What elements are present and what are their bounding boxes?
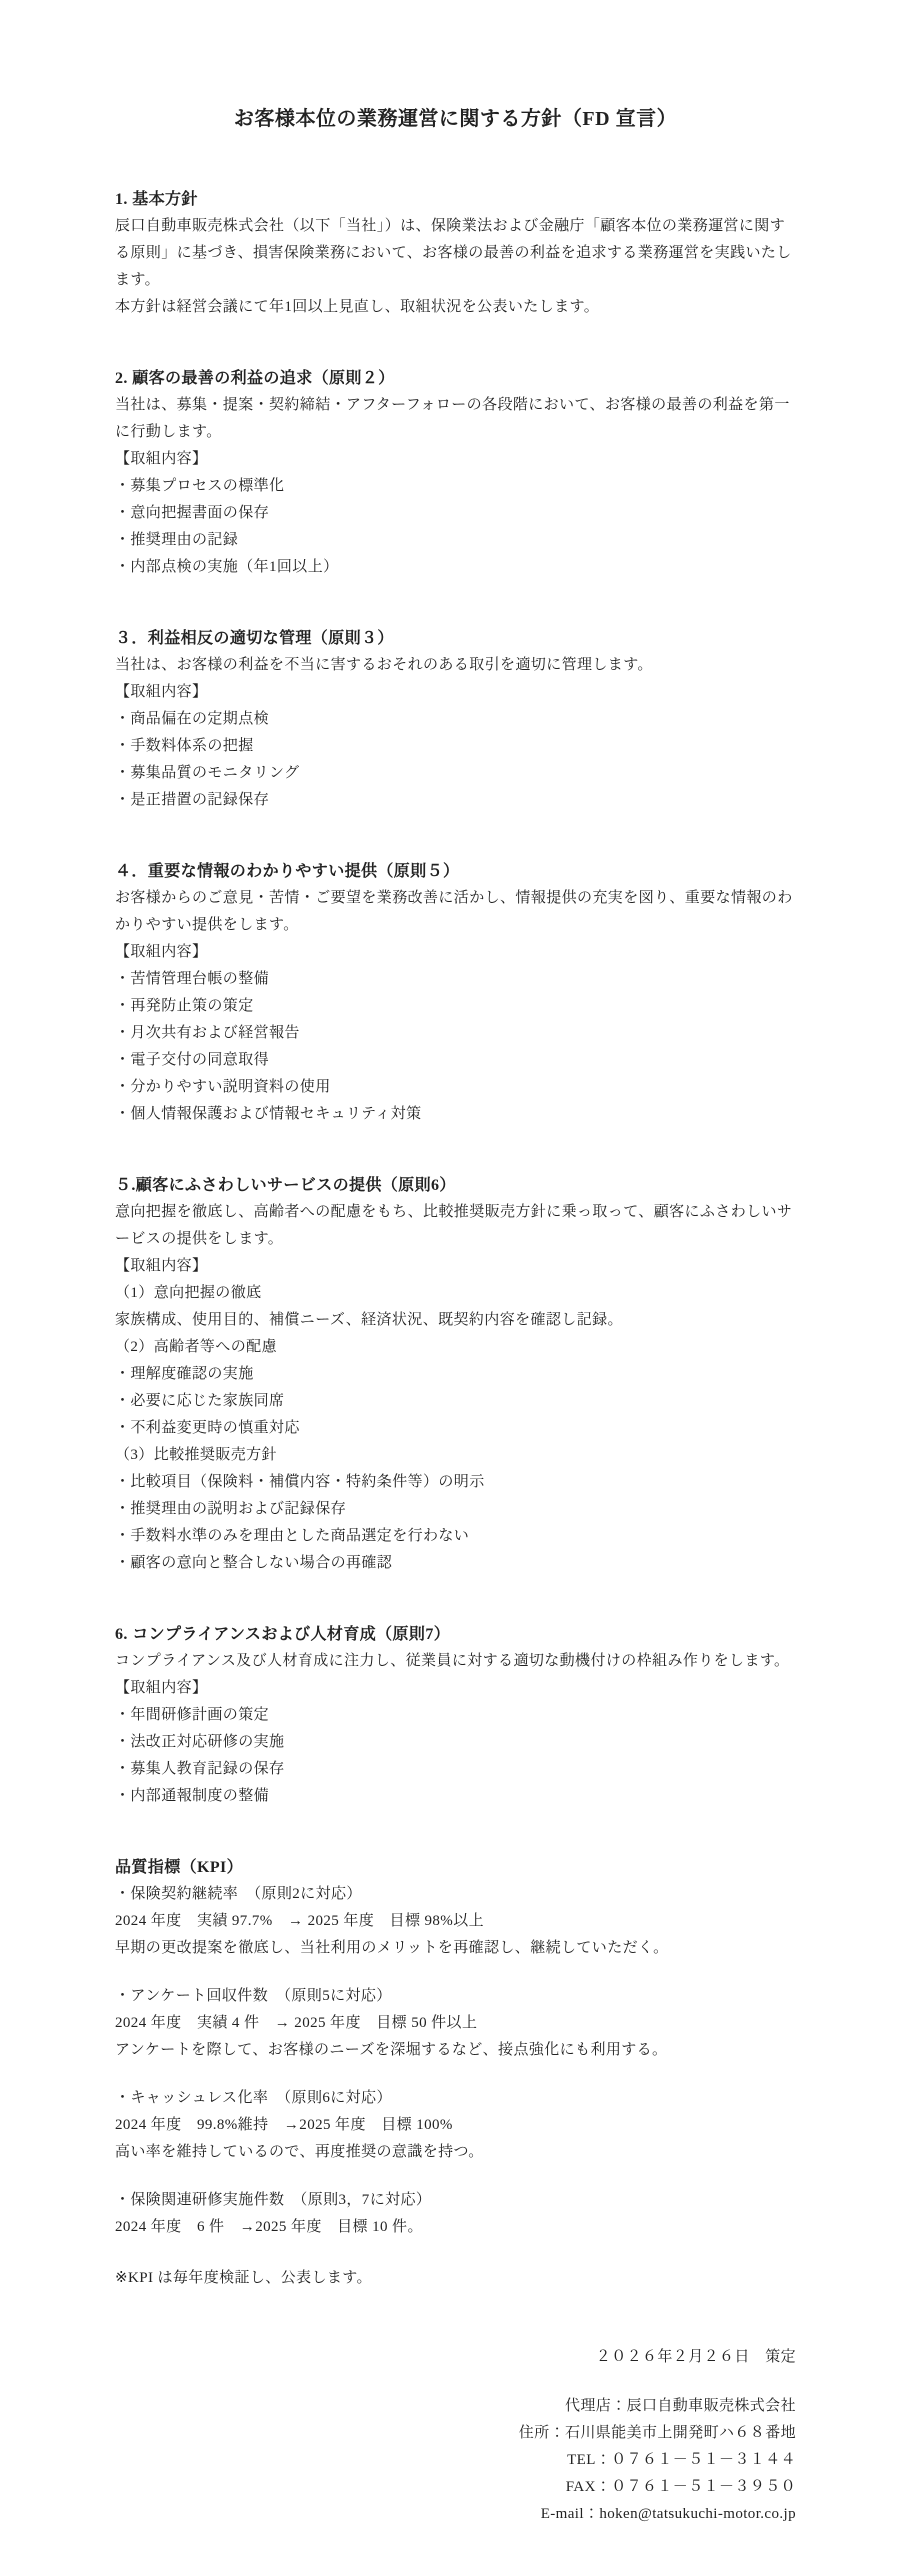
agency-tel: TEL：０７６１－５１－３１４４: [115, 2447, 796, 2474]
kpi-line: ・キャッシュレス化率 （原則6に対応）: [115, 2085, 796, 2112]
list-item: ・手数料水準のみを理由とした商品選定を行わない: [115, 1523, 796, 1550]
list-item: ・是正措置の記録保存: [115, 787, 796, 814]
list-item: 家族構成、使用目的、補償ニーズ、経済状況、既契約内容を確認し記録。: [115, 1307, 796, 1334]
section-list-label: 【取組内容】: [115, 1675, 796, 1702]
document-title: お客様本位の業務運営に関する方針（FD 宣言）: [115, 104, 796, 134]
list-item: ・顧客の意向と整合しない場合の再確認: [115, 1550, 796, 1577]
list-item: ・必要に応じた家族同席: [115, 1388, 796, 1415]
section-list-label: 【取組内容】: [115, 1253, 796, 1280]
list-item: ・手数料体系の把握: [115, 733, 796, 760]
list-item: ・意向把握書面の保存: [115, 500, 796, 527]
section-paragraph: お客様からのご意見・苦情・ご要望を業務改善に活かし、情報提供の充実を図り、重要な…: [115, 885, 796, 939]
list-item: ・募集人教育記録の保存: [115, 1756, 796, 1783]
section-paragraph: 当社は、募集・提案・契約締結・アフターフォローの各段階において、お客様の最善の利…: [115, 392, 796, 446]
agency-address: 住所：石川県能美市上開発町ハ６８番地: [115, 2420, 796, 2447]
kpi-line: 2024 年度 実績 97.7% → 2025 年度 目標 98%以上: [115, 1908, 796, 1935]
section-list-label: 【取組内容】: [115, 679, 796, 706]
section-paragraph: 意向把握を徹底し、高齢者への配慮をもち、比較推奨販売方針に乗っ取って、顧客にふさ…: [115, 1199, 796, 1253]
kpi-block-retention-rate: ・保険契約継続率 （原則2に対応） 2024 年度 実績 97.7% → 202…: [115, 1881, 796, 1962]
kpi-line: 2024 年度 実績 4 件 → 2025 年度 目標 50 件以上: [115, 2010, 796, 2037]
section-paragraph: 辰口自動車販売株式会社（以下「当社」）は、保険業法および金融庁「顧客本位の業務運…: [115, 213, 796, 294]
list-item: ・比較項目（保険料・補償内容・特約条件等）の明示: [115, 1469, 796, 1496]
section-heading: 1. 基本方針: [115, 186, 796, 213]
kpi-line: ・保険関連研修実施件数 （原則3，7に対応）: [115, 2187, 796, 2214]
section-conflict-management: ３．利益相反の適切な管理（原則３） 当社は、お客様の利益を不当に害するおそれのあ…: [115, 625, 796, 814]
enactment-date: ２０２６年２月２６日 策定: [115, 2344, 796, 2371]
list-item: ・理解度確認の実施: [115, 1361, 796, 1388]
section-basic-policy: 1. 基本方針 辰口自動車販売株式会社（以下「当社」）は、保険業法および金融庁「…: [115, 186, 796, 321]
section-heading: ３．利益相反の適切な管理（原則３）: [115, 625, 796, 652]
agency-fax: FAX：０７６１－５１－３９５０: [115, 2474, 796, 2501]
list-item: ・個人情報保護および情報セキュリティ対策: [115, 1101, 796, 1128]
list-item: ・推奨理由の説明および記録保存: [115, 1496, 796, 1523]
list-item: ・不利益変更時の慎重対応: [115, 1415, 796, 1442]
kpi-block-cashless-rate: ・キャッシュレス化率 （原則6に対応） 2024 年度 99.8%維持 →202…: [115, 2085, 796, 2166]
list-item: ・募集プロセスの標準化: [115, 473, 796, 500]
list-item: ・内部通報制度の整備: [115, 1783, 796, 1810]
section-kpi: 品質指標（KPI） ・保険契約継続率 （原則2に対応） 2024 年度 実績 9…: [115, 1854, 796, 2292]
section-heading: ５.顧客にふさわしいサービスの提供（原則6）: [115, 1172, 796, 1199]
section-heading: 6. コンプライアンスおよび人材育成（原則7）: [115, 1621, 796, 1648]
list-item: ・苦情管理台帳の整備: [115, 966, 796, 993]
section-paragraph: 当社は、お客様の利益を不当に害するおそれのある取引を適切に管理します。: [115, 652, 796, 679]
kpi-block-survey-count: ・アンケート回収件数 （原則5に対応） 2024 年度 実績 4 件 → 202…: [115, 1983, 796, 2064]
section-list-label: 【取組内容】: [115, 446, 796, 473]
kpi-line: 2024 年度 99.8%維持 →2025 年度 目標 100%: [115, 2112, 796, 2139]
list-item: ・商品偏在の定期点検: [115, 706, 796, 733]
list-item: （1）意向把握の徹底: [115, 1280, 796, 1307]
list-item: （3）比較推奨販売方針: [115, 1442, 796, 1469]
list-item: ・再発防止策の策定: [115, 993, 796, 1020]
section-heading: ４．重要な情報のわかりやすい提供（原則５）: [115, 858, 796, 885]
section-paragraph: 本方針は経営会議にて年1回以上見直し、取組状況を公表いたします。: [115, 294, 796, 321]
section-compliance-training: 6. コンプライアンスおよび人材育成（原則7） コンプライアンス及び人材育成に注…: [115, 1621, 796, 1810]
list-item: ・法改正対応研修の実施: [115, 1729, 796, 1756]
kpi-block-training-count: ・保険関連研修実施件数 （原則3，7に対応） 2024 年度 6 件 →2025…: [115, 2187, 796, 2241]
section-best-interest: 2. 顧客の最善の利益の追求（原則２） 当社は、募集・提案・契約締結・アフターフ…: [115, 365, 796, 581]
list-item: （2）高齢者等への配慮: [115, 1334, 796, 1361]
kpi-note: ※KPI は毎年度検証し、公表します。: [115, 2265, 796, 2292]
list-item: ・推奨理由の記録: [115, 527, 796, 554]
kpi-line: 高い率を維持しているので、再度推奨の意識を持つ。: [115, 2139, 796, 2166]
list-item: ・月次共有および経営報告: [115, 1020, 796, 1047]
list-item: ・分かりやすい説明資料の使用: [115, 1074, 796, 1101]
agency-contact-block: 代理店：辰口自動車販売株式会社 住所：石川県能美市上開発町ハ６８番地 TEL：０…: [115, 2393, 796, 2528]
kpi-heading: 品質指標（KPI）: [115, 1854, 796, 1881]
kpi-line: アンケートを際して、お客様のニーズを深堀するなど、接点強化にも利用する。: [115, 2037, 796, 2064]
list-item: ・募集品質のモニタリング: [115, 760, 796, 787]
section-list-label: 【取組内容】: [115, 939, 796, 966]
kpi-line: 2024 年度 6 件 →2025 年度 目標 10 件。: [115, 2214, 796, 2241]
section-paragraph: コンプライアンス及び人材育成に注力し、従業員に対する適切な動機付けの枠組み作りを…: [115, 1648, 796, 1675]
kpi-line: ・保険契約継続率 （原則2に対応）: [115, 1881, 796, 1908]
list-item: ・年間研修計画の策定: [115, 1702, 796, 1729]
section-heading: 2. 顧客の最善の利益の追求（原則２）: [115, 365, 796, 392]
list-item: ・電子交付の同意取得: [115, 1047, 796, 1074]
section-suitable-services: ５.顧客にふさわしいサービスの提供（原則6） 意向把握を徹底し、高齢者への配慮を…: [115, 1172, 796, 1577]
agency-name: 代理店：辰口自動車販売株式会社: [115, 2393, 796, 2420]
kpi-line: 早期の更改提案を徹底し、当社利用のメリットを再確認し、継続していただく。: [115, 1935, 796, 1962]
section-clear-information: ４．重要な情報のわかりやすい提供（原則５） お客様からのご意見・苦情・ご要望を業…: [115, 858, 796, 1128]
policy-document-page: お客様本位の業務運営に関する方針（FD 宣言） 1. 基本方針 辰口自動車販売株…: [0, 0, 908, 2560]
list-item: ・内部点検の実施（年1回以上）: [115, 554, 796, 581]
agency-email: E-mail：hoken@tatsukuchi-motor.co.jp: [115, 2501, 796, 2528]
kpi-line: ・アンケート回収件数 （原則5に対応）: [115, 1983, 796, 2010]
